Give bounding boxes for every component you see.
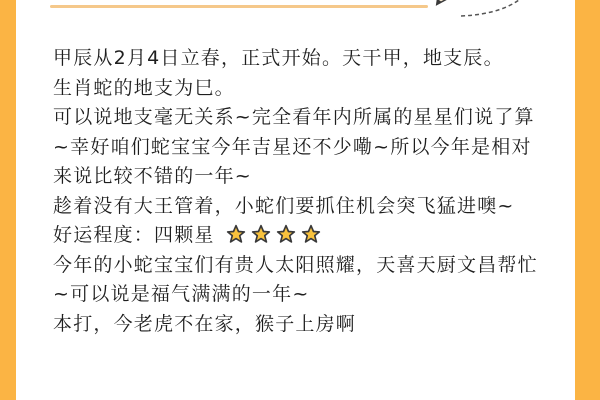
article-card: 甲辰从2月4日立春，正式开始。天干甲，地支辰。 生肖蛇的地支为巳。 可以说地支毫… <box>16 0 575 400</box>
text-line: ~幸好咱们蛇宝宝今年吉星还不少嘞~所以今年是相对 <box>53 133 553 163</box>
text-line: 本打，今老虎不在家，猴子上房啊 <box>53 310 553 340</box>
text-line: 生肖蛇的地支为巳。 <box>53 74 553 104</box>
text-line: 可以说地支毫无关系~完全看年内所属的星星们说了算 <box>53 103 553 133</box>
star-icon <box>251 224 271 244</box>
divider-rule <box>50 5 428 8</box>
rating-stars <box>226 224 321 244</box>
page: 甲辰从2月4日立春，正式开始。天干甲，地支辰。 生肖蛇的地支为巳。 可以说地支毫… <box>0 0 600 400</box>
pencil-icon <box>411 0 541 26</box>
star-icon <box>226 224 246 244</box>
text-line: 今年的小蛇宝宝们有贵人太阳照耀，天喜天厨文昌帮忙 <box>53 251 553 281</box>
rating-line: 好运程度：四颗星 <box>53 221 553 251</box>
text-line: 甲辰从2月4日立春，正式开始。天干甲，地支辰。 <box>53 44 553 74</box>
article-body: 甲辰从2月4日立春，正式开始。天干甲，地支辰。 生肖蛇的地支为巳。 可以说地支毫… <box>53 44 553 339</box>
rating-label: 好运程度：四颗星 <box>53 224 215 246</box>
text-line: ~可以说是福气满满的一年~ <box>53 280 553 310</box>
star-icon <box>301 224 321 244</box>
star-icon <box>276 224 296 244</box>
text-line: 趁着没有大王管着，小蛇们要抓住机会突飞猛进噢~ <box>53 192 553 222</box>
text-line: 来说比较不错的一年~ <box>53 162 553 192</box>
